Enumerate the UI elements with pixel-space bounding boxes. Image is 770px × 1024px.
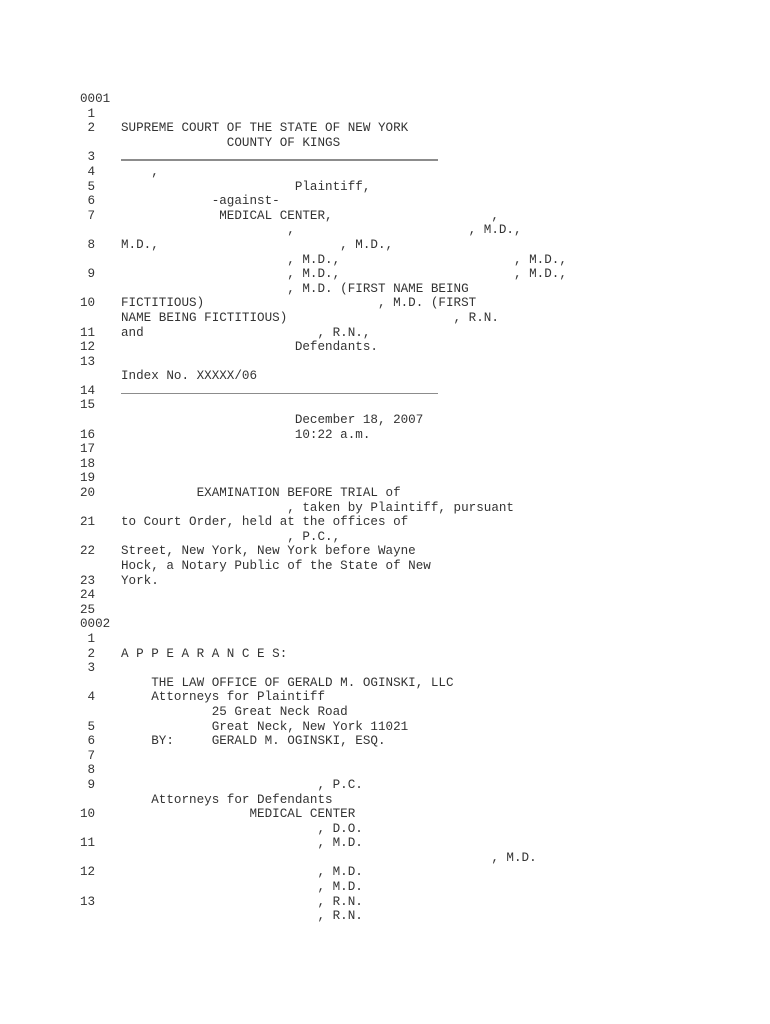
line-number: 8 <box>80 238 114 253</box>
line-text: , M.D. (FIRST NAME BEING <box>121 282 469 297</box>
line-text: , M.D., , M.D., <box>121 253 567 268</box>
line-number: 10 <box>80 807 114 822</box>
transcript-line: Attorneys for Defendants <box>0 793 770 808</box>
line-text: -against- <box>121 194 280 209</box>
line-number: 19 <box>80 471 114 486</box>
line-number: 5 <box>80 180 114 195</box>
line-text: , M.D. <box>121 865 363 880</box>
line-text: , R.N. <box>121 895 363 910</box>
line-text: Attorneys for Defendants <box>121 793 333 808</box>
transcript-line: December 18, 2007 <box>0 413 770 428</box>
line-number: 12 <box>80 865 114 880</box>
transcript-line: 9 , P.C. <box>0 778 770 793</box>
line-text: EXAMINATION BEFORE TRIAL of <box>121 486 401 501</box>
transcript-line: 12 Defendants. <box>0 340 770 355</box>
transcript-line: , D.O. <box>0 822 770 837</box>
line-number: 25 <box>80 603 114 618</box>
transcript-line: 25 Great Neck Road <box>0 705 770 720</box>
line-number: 13 <box>80 355 114 370</box>
line-text: York. <box>121 574 159 589</box>
transcript-line: 15 <box>0 398 770 413</box>
transcript-line: 5 Plaintiff, <box>0 180 770 195</box>
line-number: 21 <box>80 515 114 530</box>
transcript-page: 0001 1 2SUPREME COURT OF THE STATE OF NE… <box>0 92 770 924</box>
transcript-line: 10 MEDICAL CENTER <box>0 807 770 822</box>
transcript-line: 16 10:22 a.m. <box>0 428 770 443</box>
line-number: 23 <box>80 574 114 589</box>
line-number: 1 <box>80 632 114 647</box>
line-text: December 18, 2007 <box>121 413 423 428</box>
transcript-line: 13 , R.N. <box>0 895 770 910</box>
line-number: 24 <box>80 588 114 603</box>
line-number: 4 <box>80 690 114 705</box>
line-text: Hock, a Notary Public of the State of Ne… <box>121 559 431 574</box>
line-number: 18 <box>80 457 114 472</box>
line-text: Great Neck, New York 11021 <box>121 720 408 735</box>
line-number: 7 <box>80 749 114 764</box>
line-number: 8 <box>80 763 114 778</box>
transcript-line: , R.N. <box>0 909 770 924</box>
line-text: and , R.N., <box>121 326 370 341</box>
line-text: , , M.D., <box>121 223 522 238</box>
line-number: 5 <box>80 720 114 735</box>
line-text: 10:22 a.m. <box>121 428 370 443</box>
transcript-line: , , M.D., <box>0 223 770 238</box>
transcript-line: 8 <box>0 763 770 778</box>
line-number: 6 <box>80 194 114 209</box>
transcript-line: , P.C., <box>0 530 770 545</box>
transcript-line: THE LAW OFFICE OF GERALD M. OGINSKI, LLC <box>0 676 770 691</box>
line-text: , M.D. <box>121 836 363 851</box>
line-number: 3 <box>80 150 114 165</box>
transcript-line: 4 Attorneys for Plaintiff <box>0 690 770 705</box>
line-number: 2 <box>80 647 114 662</box>
line-number: 9 <box>80 778 114 793</box>
line-number: 13 <box>80 895 114 910</box>
line-number: 11 <box>80 326 114 341</box>
line-text: , <box>121 165 159 180</box>
line-text: MEDICAL CENTER <box>121 807 355 822</box>
transcript-line: 6 -against- <box>0 194 770 209</box>
line-number: 10 <box>80 296 114 311</box>
transcript-line: 7 MEDICAL CENTER, , <box>0 209 770 224</box>
line-number: 4 <box>80 165 114 180</box>
transcript-line: Hock, a Notary Public of the State of Ne… <box>0 559 770 574</box>
transcript-line: 21to Court Order, held at the offices of <box>0 515 770 530</box>
transcript-line: 6 BY: GERALD M. OGINSKI, ESQ. <box>0 734 770 749</box>
line-text: , D.O. <box>121 822 363 837</box>
line-number: 2 <box>80 121 114 136</box>
line-text: Plaintiff, <box>121 180 370 195</box>
transcript-line: 0001 <box>0 92 770 107</box>
transcript-line: 7 <box>0 749 770 764</box>
line-number: 1 <box>80 107 114 122</box>
line-text: 25 Great Neck Road <box>121 705 348 720</box>
line-text: , taken by Plaintiff, pursuant <box>121 501 514 516</box>
transcript-line: 18 <box>0 457 770 472</box>
transcript-line: 3 <box>0 150 770 165</box>
line-text: A P P E A R A N C E S: <box>121 647 287 662</box>
transcript-line: 19 <box>0 471 770 486</box>
transcript-line: , M.D. <box>0 880 770 895</box>
transcript-line: 1 <box>0 107 770 122</box>
transcript-line: , M.D. <box>0 851 770 866</box>
line-text: Street, New York, New York before Wayne <box>121 544 416 559</box>
line-text: , P.C. <box>121 778 363 793</box>
line-text: BY: GERALD M. OGINSKI, ESQ. <box>121 734 386 749</box>
line-text: to Court Order, held at the offices of <box>121 515 408 530</box>
horizontal-rule <box>121 393 438 395</box>
transcript-line: 9 , M.D., , M.D., <box>0 267 770 282</box>
transcript-line: Index No. XXXXX/06 <box>0 369 770 384</box>
line-number: 0002 <box>80 617 114 632</box>
line-text: THE LAW OFFICE OF GERALD M. OGINSKI, LLC <box>121 676 454 691</box>
line-text: , M.D., , M.D., <box>121 267 567 282</box>
line-number: 22 <box>80 544 114 559</box>
transcript-line: 17 <box>0 442 770 457</box>
transcript-line: 3 <box>0 661 770 676</box>
transcript-line: , M.D., , M.D., <box>0 253 770 268</box>
transcript-line: COUNTY OF KINGS <box>0 136 770 151</box>
transcript-line: 24 <box>0 588 770 603</box>
line-text: SUPREME COURT OF THE STATE OF NEW YORK <box>121 121 408 136</box>
line-number: 12 <box>80 340 114 355</box>
line-text: Defendants. <box>121 340 378 355</box>
transcript-line: 11and , R.N., <box>0 326 770 341</box>
transcript-line: 22Street, New York, New York before Wayn… <box>0 544 770 559</box>
transcript-line: , taken by Plaintiff, pursuant <box>0 501 770 516</box>
line-text: MEDICAL CENTER, , <box>121 209 499 224</box>
line-text: , R.N. <box>121 909 363 924</box>
line-number: 9 <box>80 267 114 282</box>
line-number: 20 <box>80 486 114 501</box>
line-number: 7 <box>80 209 114 224</box>
transcript-line: 20 EXAMINATION BEFORE TRIAL of <box>0 486 770 501</box>
transcript-line: NAME BEING FICTITIOUS) , R.N. <box>0 311 770 326</box>
line-text: M.D., , M.D., <box>121 238 393 253</box>
transcript-line: , M.D. (FIRST NAME BEING <box>0 282 770 297</box>
transcript-line: 12 , M.D. <box>0 865 770 880</box>
transcript-line: 14 <box>0 384 770 399</box>
transcript-line: 4 , <box>0 165 770 180</box>
line-number: 14 <box>80 384 114 399</box>
transcript-line: 5 Great Neck, New York 11021 <box>0 720 770 735</box>
line-text: NAME BEING FICTITIOUS) , R.N. <box>121 311 499 326</box>
transcript-line: 13 <box>0 355 770 370</box>
transcript-line: 2SUPREME COURT OF THE STATE OF NEW YORK <box>0 121 770 136</box>
line-text: , M.D. <box>121 851 537 866</box>
line-text: FICTITIOUS) , M.D. (FIRST <box>121 296 476 311</box>
horizontal-rule <box>121 159 438 161</box>
transcript-line: 23York. <box>0 574 770 589</box>
line-number: 3 <box>80 661 114 676</box>
line-text: , P.C., <box>121 530 340 545</box>
line-text: , M.D. <box>121 880 363 895</box>
line-text: Index No. XXXXX/06 <box>121 369 257 384</box>
line-text: COUNTY OF KINGS <box>121 136 340 151</box>
transcript-line: 25 <box>0 603 770 618</box>
transcript-line: 11 , M.D. <box>0 836 770 851</box>
transcript-line: 1 <box>0 632 770 647</box>
transcript-line: 8M.D., , M.D., <box>0 238 770 253</box>
line-number: 15 <box>80 398 114 413</box>
line-number: 11 <box>80 836 114 851</box>
transcript-line: 0002 <box>0 617 770 632</box>
line-number: 17 <box>80 442 114 457</box>
line-number: 0001 <box>80 92 114 107</box>
line-text: Attorneys for Plaintiff <box>121 690 325 705</box>
line-number: 6 <box>80 734 114 749</box>
line-number: 16 <box>80 428 114 443</box>
transcript-line: 2A P P E A R A N C E S: <box>0 647 770 662</box>
transcript-line: 10FICTITIOUS) , M.D. (FIRST <box>0 296 770 311</box>
